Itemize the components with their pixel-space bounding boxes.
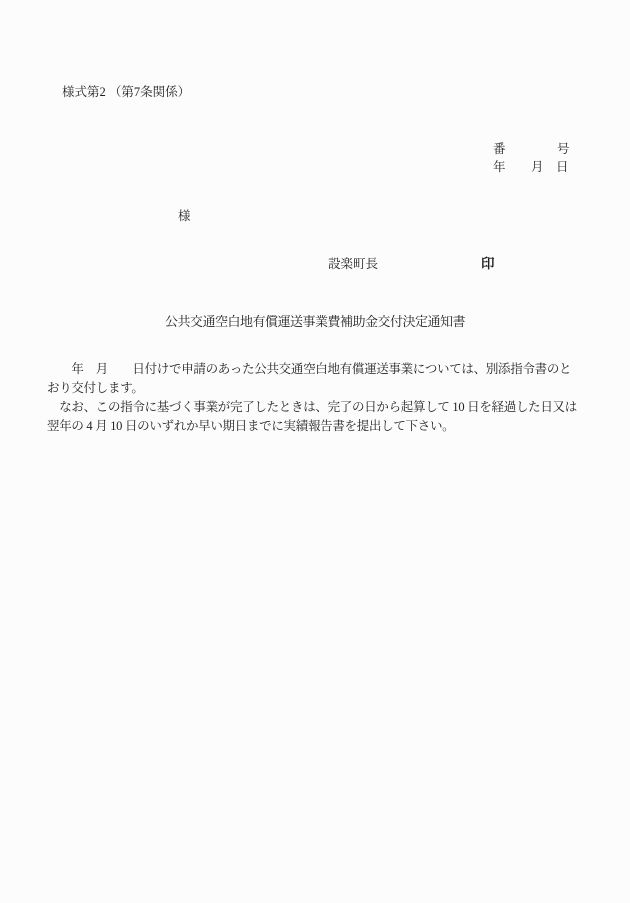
date-label-day: 日 [556, 160, 569, 175]
document-page: 様式第2 （第7条関係） 番 号 年 月 日 様 設楽町長 印 公共交通空白地有… [0, 0, 630, 903]
body-line: 年 月 日付けで申請のあった公共交通空白地有償運送事業については、別添指令書のと [47, 360, 587, 379]
document-number-label-ban: 番 [493, 142, 506, 157]
body-line: なお、この指令に基づく事業が完了したときは、完了の日から起算して 10 日を経過… [47, 398, 587, 417]
body-paragraph: 年 月 日付けで申請のあった公共交通空白地有償運送事業については、別添指令書のと… [47, 360, 587, 436]
date-label-year: 年 [493, 160, 506, 175]
date-label-month: 月 [531, 160, 544, 175]
body-line: おり交付します。 [47, 379, 587, 398]
body-line: 翌年の 4 月 10 日のいずれか早い期日までに実績報告書を提出して下さい。 [47, 417, 587, 436]
document-title: 公共交通空白地有償運送事業費補助金交付決定通知書 [0, 314, 630, 330]
issuer-title: 設楽町長 [328, 257, 378, 272]
seal-mark: 印 [481, 256, 495, 272]
addressee-honorific: 様 [178, 209, 191, 224]
document-number-label-go: 号 [557, 142, 570, 157]
form-number-label: 様式第2 （第7条関係） [62, 85, 190, 100]
